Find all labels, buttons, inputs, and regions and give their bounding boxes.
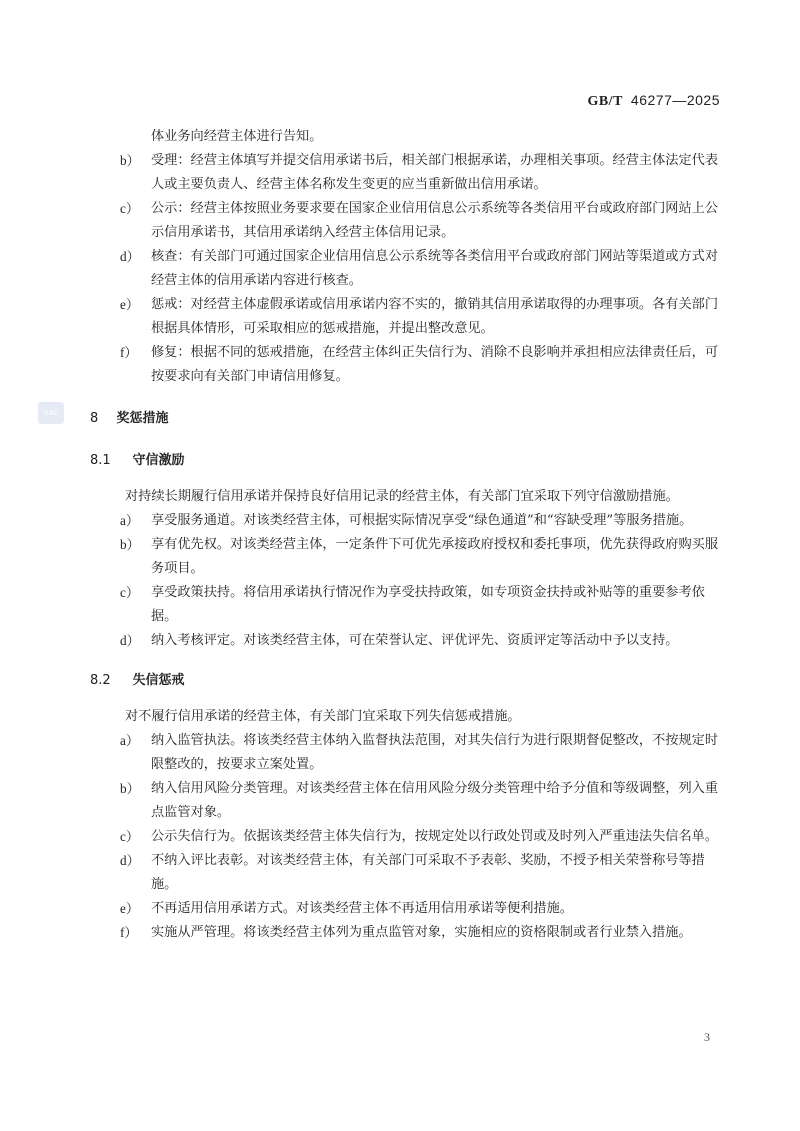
item-text: 不再适用信用承诺方式。对该类经营主体不再适用信用承诺等便利措施。 [151,901,573,916]
procedure-list: b）受理：经营主体填写并提交信用承诺书后，相关部门根据承诺，办理相关事项。经营主… [90,149,720,389]
section-number: 8 [90,407,112,431]
item-text: 享受政策扶持。将信用承诺执行情况作为享受扶持政策，如专项资金扶持或补贴等的重要参… [151,585,705,624]
item-text: 不纳入评比表彰。对该类经营主体，有关部门可采取不予表彰、奖励，不授予相关荣誉称号… [151,853,705,892]
item-text: 纳入考核评定。对该类经营主体，可在荣誉认定、评优评先、资质评定等活动中予以支持。 [151,633,679,648]
standard-prefix: GB/T [587,94,622,109]
list-item: d）不纳入评比表彰。对该类经营主体，有关部门可采取不予表彰、奖励，不授予相关荣誉… [90,849,720,897]
section-title: 守信激励 [133,453,185,468]
incentive-list: a）享受服务通道。对该类经营主体，可根据实际情况享受“绿色通道”和“容缺受理”等… [90,509,720,653]
list-item: a）纳入监管执法。将该类经营主体纳入监督执法范围，对其失信行为进行限期督促整改，… [90,729,720,777]
list-item: b）享有优先权。对该类经营主体，一定条件下可优先承接政府授权和委托事项，优先获得… [90,533,720,581]
item-marker: b） [120,149,140,173]
item-marker: b） [120,777,140,801]
list-item: d）核查：有关部门可通过国家企业信用信息公示系统等各类信用平台或政府部门网站等渠… [90,245,720,293]
item-text: 纳入信用风险分类管理。对该类经营主体在信用风险分级分类管理中给予分值和等级调整，… [151,781,718,820]
item-text: 公示：经营主体按照业务要求要在国家企业信用信息公示系统等各类信用平台或政府部门网… [151,201,718,240]
item-marker: b） [120,533,140,557]
item-marker: e） [120,897,139,921]
sac-watermark-logo: SAC [38,402,64,424]
item-text: 公示失信行为。依据该类经营主体失信行为，按规定处以行政处罚或及时列入严重违法失信… [151,829,718,844]
item-marker: c） [120,825,139,849]
list-item: b）受理：经营主体填写并提交信用承诺书后，相关部门根据承诺，办理相关事项。经营主… [90,149,720,197]
item-marker: c） [120,581,139,605]
penalty-list: a）纳入监管执法。将该类经营主体纳入监督执法范围，对其失信行为进行限期督促整改，… [90,729,720,945]
item-marker: a） [120,729,139,753]
item-text: 纳入监管执法。将该类经营主体纳入监督执法范围，对其失信行为进行限期督促整改，不按… [151,733,718,772]
section-heading-8-2: 8.2 失信惩戒 [90,669,720,693]
item-text: 修复：根据不同的惩戒措施，在经营主体纠正失信行为、消除不良影响并承担相应法律责任… [151,345,718,384]
standard-number: 46277—2025 [631,92,720,108]
item-marker: d） [120,849,140,873]
item-marker: f） [120,341,138,365]
item-text: 实施从严管理。将该类经营主体列为重点监管对象，实施相应的资格限制或者行业禁入措施… [151,925,692,940]
section-title: 奖惩措施 [117,411,169,426]
list-item: e）不再适用信用承诺方式。对该类经营主体不再适用信用承诺等便利措施。 [90,897,720,921]
list-item: f）实施从严管理。将该类经营主体列为重点监管对象，实施相应的资格限制或者行业禁入… [90,921,720,945]
list-item: c）享受政策扶持。将信用承诺执行情况作为享受扶持政策，如专项资金扶持或补贴等的重… [90,581,720,629]
item-text: 惩戒：对经营主体虚假承诺或信用承诺内容不实的，撤销其信用承诺取得的办理事项。各有… [151,297,718,336]
item-text: 享受服务通道。对该类经营主体，可根据实际情况享受“绿色通道”和“容缺受理”等服务… [151,513,692,528]
section-title: 失信惩戒 [133,673,185,688]
continuation-text: 体业务向经营主体进行告知。 [90,125,720,149]
list-item: f）修复：根据不同的惩戒措施，在经营主体纠正失信行为、消除不良影响并承担相应法律… [90,341,720,389]
section-number: 8.2 [90,669,128,693]
item-marker: d） [120,629,140,653]
list-item: a）享受服务通道。对该类经营主体，可根据实际情况享受“绿色通道”和“容缺受理”等… [90,509,720,533]
item-text: 核查：有关部门可通过国家企业信用信息公示系统等各类信用平台或政府部门网站等渠道或… [151,249,718,288]
standard-code-header: GB/T 46277—2025 [587,92,720,110]
item-marker: a） [120,509,139,533]
section-heading-8: 8 奖惩措施 [90,407,720,431]
page-number: 3 [704,1030,710,1045]
section-heading-8-1: 8.1 守信激励 [90,449,720,473]
item-text: 受理：经营主体填写并提交信用承诺书后，相关部门根据承诺，办理相关事项。经营主体法… [151,153,718,192]
item-text: 享有优先权。对该类经营主体，一定条件下可优先承接政府授权和委托事项，优先获得政府… [151,537,718,576]
list-item: b）纳入信用风险分类管理。对该类经营主体在信用风险分级分类管理中给予分值和等级调… [90,777,720,825]
list-item: e）惩戒：对经营主体虚假承诺或信用承诺内容不实的，撤销其信用承诺取得的办理事项。… [90,293,720,341]
section-intro: 对持续长期履行信用承诺并保持良好信用记录的经营主体，有关部门宜采取下列守信激励措… [90,485,720,509]
section-intro: 对不履行信用承诺的经营主体，有关部门宜采取下列失信惩戒措施。 [90,705,720,729]
list-item: c）公示：经营主体按照业务要求要在国家企业信用信息公示系统等各类信用平台或政府部… [90,197,720,245]
item-marker: d） [120,245,140,269]
item-marker: c） [120,197,139,221]
list-item: c）公示失信行为。依据该类经营主体失信行为，按规定处以行政处罚或及时列入严重违法… [90,825,720,849]
item-marker: e） [120,293,139,317]
section-number: 8.1 [90,449,128,473]
document-body: 体业务向经营主体进行告知。 b）受理：经营主体填写并提交信用承诺书后，相关部门根… [90,125,720,945]
list-item: d）纳入考核评定。对该类经营主体，可在荣誉认定、评优评先、资质评定等活动中予以支… [90,629,720,653]
item-marker: f） [120,921,138,945]
